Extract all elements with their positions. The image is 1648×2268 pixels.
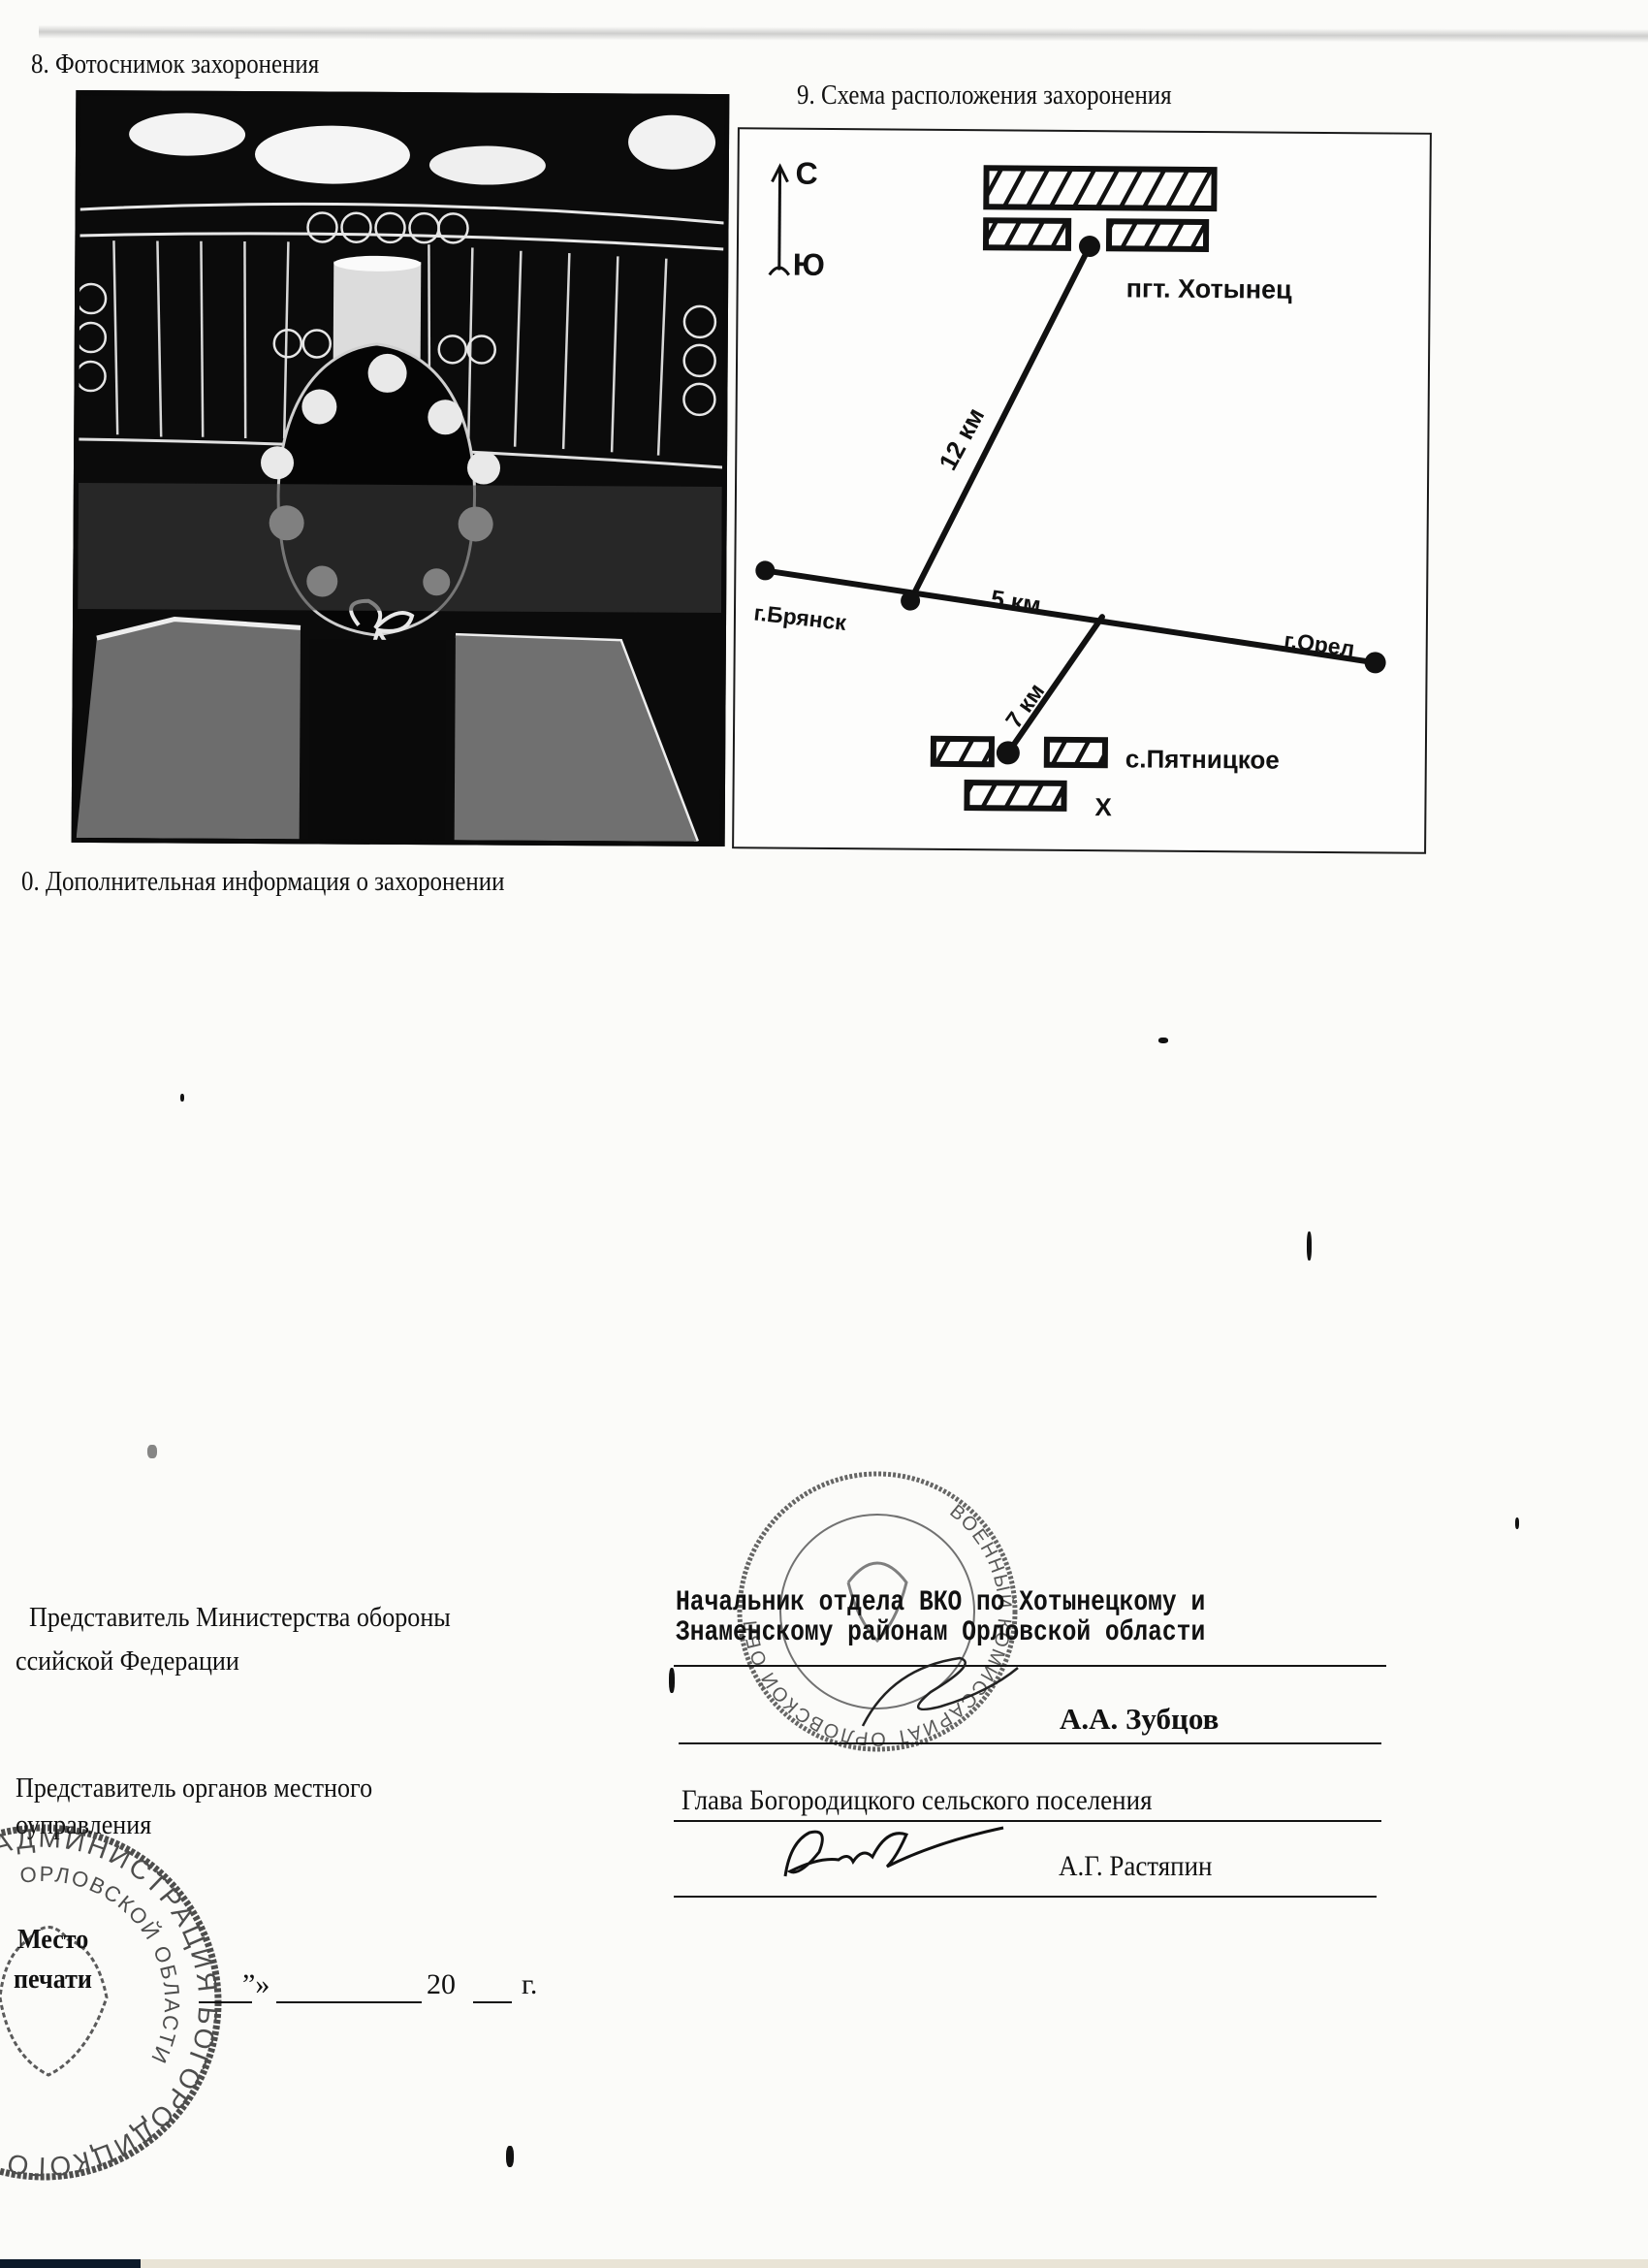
vko-signature-line — [679, 1742, 1381, 1744]
scan-speck — [180, 1094, 184, 1102]
settlement-administration-stamp: АДМИНИСТРАЦИЯ БОГОРОДИЦКОГО СЕЛЬСКОГО ПО… — [0, 1823, 223, 2182]
additional-info-text — [21, 911, 1572, 950]
settlement-head-signature — [780, 1823, 1008, 1881]
compass-south-label: Ю — [793, 247, 825, 282]
seal-place-label-line1: Место — [17, 1924, 88, 1956]
head-signature-line — [674, 1896, 1377, 1898]
date-year-blank[interactable] — [473, 2001, 512, 2003]
vko-chief-signature — [853, 1648, 1028, 1736]
seal-place-label-line2: печати — [14, 1964, 92, 1996]
place-orel: г.Орел — [1283, 627, 1356, 661]
additional-info-heading: 0. Дополнительная информация о захоронен… — [21, 866, 504, 898]
date-quote: ”» — [242, 1968, 269, 2001]
distance-5km: 5 км — [989, 585, 1042, 619]
vko-chief-title-line2: Знаменскому районам Орловской области — [676, 1618, 1205, 1647]
mo-representative-label-line1: Представитель Министерства обороны — [29, 1602, 451, 1634]
photo-section-heading: 8. Фотоснимок захоронения — [31, 48, 319, 80]
compass-north-label: С — [795, 156, 817, 191]
date-year-prefix: 20 — [427, 1968, 456, 2001]
scan-bottom-edge — [0, 2259, 1648, 2268]
scan-speck — [669, 1668, 675, 1693]
place-pyatnitskoe: с.Пятницкое — [1125, 744, 1280, 774]
scan-speck — [1158, 1038, 1168, 1043]
scan-artifact — [39, 25, 1648, 43]
burial-location-marker: Х — [1094, 792, 1112, 821]
compass-icon: С Ю — [770, 155, 826, 281]
settlement-head-name: А.Г. Растяпин — [1059, 1850, 1213, 1883]
place-bryansk: г.Брянск — [752, 599, 847, 635]
scheme-section-heading: 9. Схема расположения захоронения — [797, 80, 1172, 112]
vko-chief-title-line1: Начальник отдела ВКО по Хотынецкому и — [676, 1588, 1205, 1617]
mo-representative-label-line2: ссийской Федерации — [16, 1645, 239, 1677]
settlement-head-title: Глава Богородицкого сельского поселения — [681, 1784, 1152, 1817]
vko-title-underline — [674, 1665, 1386, 1667]
local-representative-label-line2: оуправления — [16, 1809, 151, 1841]
date-month-blank[interactable] — [276, 2001, 422, 2003]
scan-speck — [147, 1445, 157, 1458]
burial-photo — [72, 90, 730, 847]
svg-text:АДМИНИСТРАЦИЯ БОГОРОДИЦКОГО СЕ: АДМИНИСТРАЦИЯ БОГОРОДИЦКОГО СЕЛЬСКОГО ПО… — [0, 1823, 223, 2182]
date-day-blank[interactable] — [199, 2001, 252, 2003]
location-scheme: С Ю пгт. Хотынец 12 км г.Брянск — [732, 127, 1432, 854]
scan-bottom-edge-dark — [0, 2259, 141, 2268]
local-representative-label-line1: Представитель органов местного — [16, 1773, 372, 1805]
vko-chief-name: А.А. Зубцов — [1060, 1702, 1219, 1737]
head-title-underline — [674, 1820, 1381, 1822]
scan-speck — [506, 2146, 514, 2167]
scan-speck — [1307, 1231, 1312, 1261]
date-year-suffix: г. — [522, 1968, 537, 2001]
place-khotynets: пгт. Хотынец — [1126, 273, 1293, 303]
scan-speck — [1515, 1517, 1519, 1529]
